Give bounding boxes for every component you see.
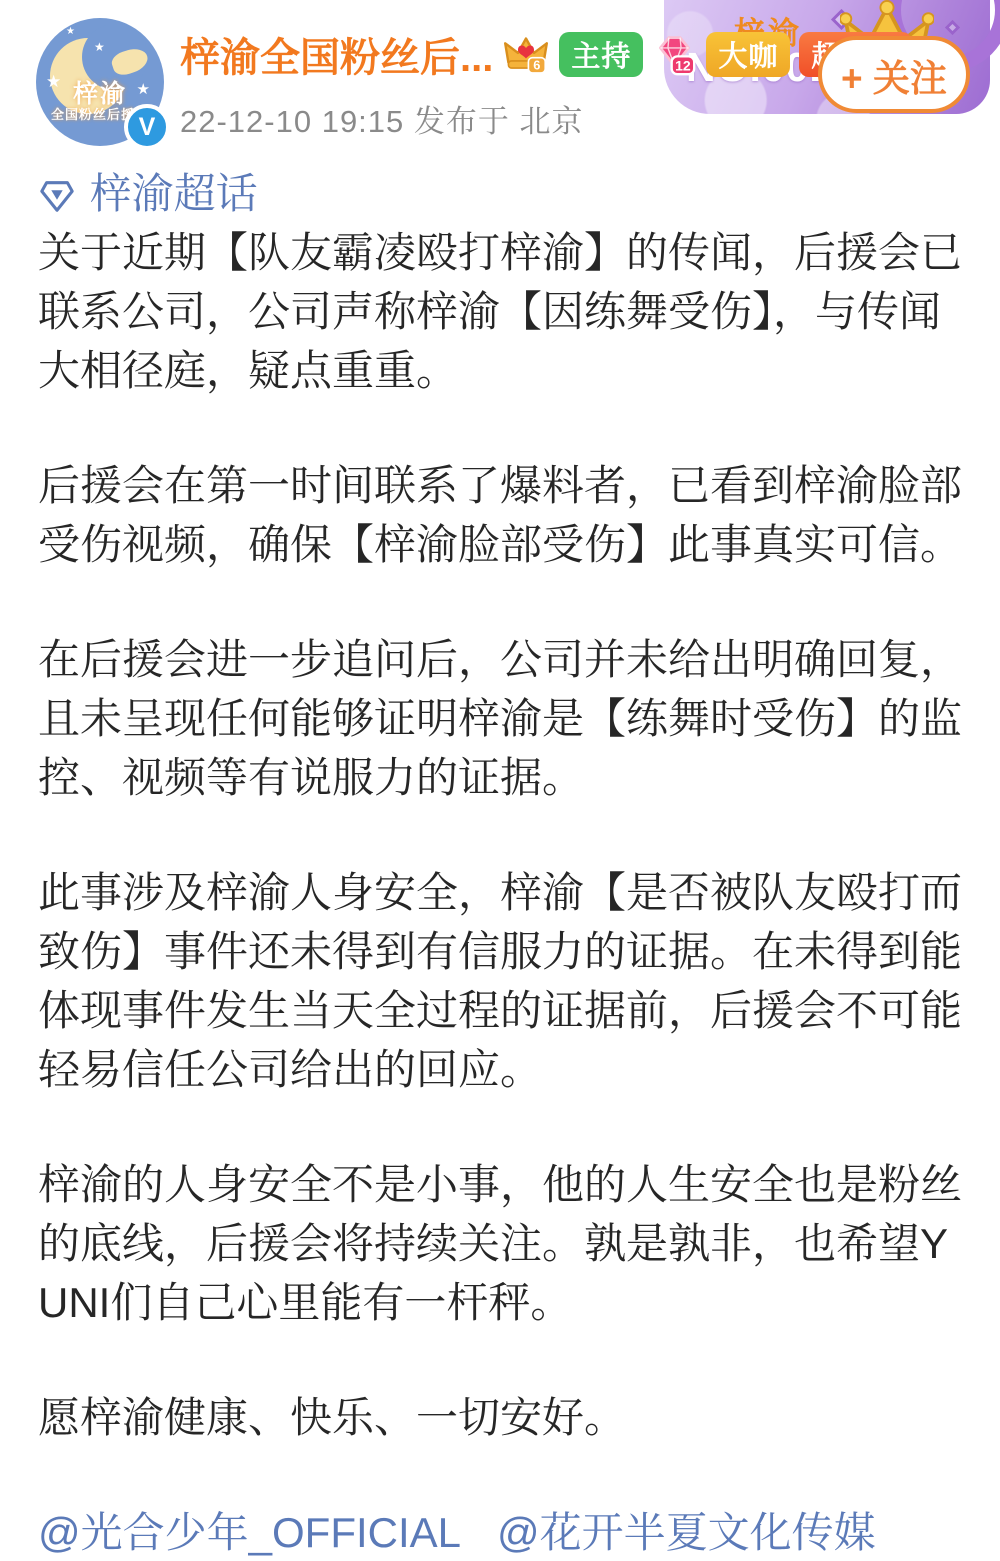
daka-badge: 大咖: [706, 32, 790, 77]
weibo-post-screen: 梓渝 NO.001250 ★ ★ ★ ★ 梓渝 全国粉丝后援: [0, 0, 1000, 1561]
post-content: 梓渝超话 关于近期【队友霸凌殴打梓渝】的传闻，后援会已联系公司，公司声称梓渝【因…: [38, 164, 964, 1561]
post-paragraph: 此事涉及梓渝人身安全，梓渝【是否被队友殴打而致伤】事件还未得到有信服力的证据。在…: [38, 863, 964, 1099]
mentions-row: @光合少年_OFFICIAL@花开半夏文化传媒: [38, 1503, 964, 1561]
follow-button[interactable]: + 关注: [818, 36, 970, 113]
post-paragraph: 愿梓渝健康、快乐、一切安好。: [38, 1388, 964, 1447]
post-paragraph: 在后援会进一步追问后，公司并未给出明确回复，且未呈现任何能够证明梓渝是【练舞时受…: [38, 630, 964, 807]
svg-text:12: 12: [675, 57, 691, 73]
post-header: ★ ★ ★ ★ 梓渝 全国粉丝后援会 V 梓渝全国粉丝后...: [36, 18, 912, 146]
supertopic-link[interactable]: 梓渝超话: [38, 164, 964, 223]
supertopic-icon: [38, 170, 90, 217]
vip-crown-badge-icon: 6: [502, 32, 550, 77]
post-paragraph: 梓渝的人身安全不是小事，他的人生安全也是粉丝的底线，后援会将持续关注。孰是孰非，…: [38, 1155, 964, 1332]
star-icon: ★: [94, 40, 105, 54]
vip-gem-badge-icon: 12: [652, 32, 697, 77]
host-badge: 主持: [559, 32, 643, 77]
username-link[interactable]: 梓渝全国粉丝后...: [180, 26, 493, 83]
mention-link-huakai[interactable]: @花开半夏文化传媒: [497, 1509, 876, 1556]
verified-badge-icon: V: [124, 104, 170, 150]
supertopic-label[interactable]: 梓渝超话: [90, 170, 258, 217]
post-paragraph: 关于近期【队友霸凌殴打梓渝】的传闻，后援会已联系公司，公司声称梓渝【因练舞受伤】…: [38, 223, 964, 400]
avatar[interactable]: ★ ★ ★ ★ 梓渝 全国粉丝后援会 V: [36, 18, 164, 146]
mention-link-guanghe[interactable]: @光合少年_OFFICIAL: [38, 1509, 461, 1556]
post-timestamp-location: 22-12-10 19:15 发布于 北京: [180, 96, 912, 141]
post-paragraph: 后援会在第一时间联系了爆料者，已看到梓渝脸部受伤视频，确保【梓渝脸部受伤】此事真…: [38, 456, 964, 574]
star-icon: ★: [66, 26, 75, 37]
svg-text:6: 6: [534, 58, 541, 73]
